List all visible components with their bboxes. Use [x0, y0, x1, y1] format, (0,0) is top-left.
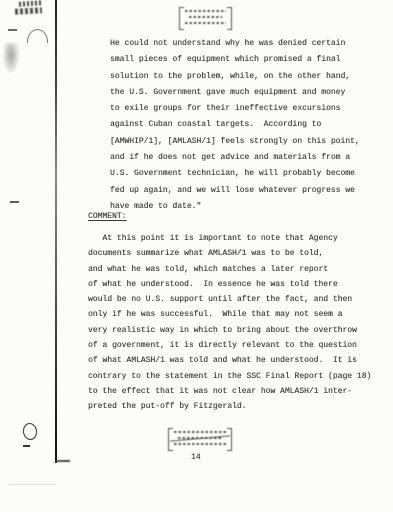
corner-scribble-mark [19, 0, 42, 7]
stamp-smudged-text [185, 22, 226, 24]
stamp-bracket-right [227, 7, 232, 30]
stamp-smudged-text [185, 10, 226, 12]
stamp-smudged-text [174, 431, 226, 433]
scan-dash-mark [8, 29, 17, 31]
scan-dash-mark [10, 201, 19, 203]
stamp-smudged-text [189, 16, 222, 18]
stamp-bracket-right [227, 428, 232, 451]
stamp-bracket-left [179, 7, 184, 30]
scan-faint-line [9, 484, 56, 485]
binding-edge-line [55, 0, 57, 463]
classification-stamp-bottom [168, 428, 232, 449]
scanned-document-page: He could not understand why he was denie… [0, 0, 393, 512]
binding-edge-foot-mark [55, 460, 70, 462]
corner-scribble-mark [15, 7, 42, 14]
comment-paragraph: At this point it is important to note th… [88, 231, 371, 415]
hole-punch-circle-mark [22, 422, 38, 441]
comment-heading: COMMENT: [88, 212, 126, 221]
classification-stamp-top [179, 7, 232, 28]
scan-smudge [3, 43, 19, 73]
scan-dash-mark [23, 445, 30, 447]
stamp-smudged-text [174, 443, 226, 445]
page-number: 14 [191, 453, 201, 462]
quoted-excerpt-paragraph: He could not understand why he was denie… [110, 36, 360, 215]
arc-pen-mark [27, 29, 48, 43]
